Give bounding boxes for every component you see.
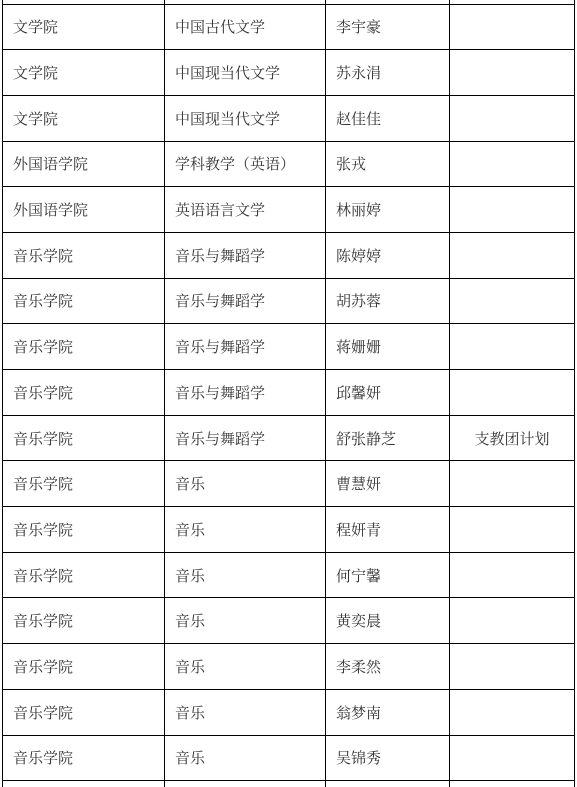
cell-college: 音乐学院 bbox=[3, 689, 165, 735]
cell-note bbox=[450, 735, 575, 781]
cell-college: 音乐学院 bbox=[3, 507, 165, 553]
cell-person-name: 李宇豪 bbox=[326, 4, 450, 50]
table-row: 文学院中国古代文学李宇豪 bbox=[3, 4, 575, 50]
cell-note bbox=[450, 50, 575, 96]
cell-note bbox=[450, 141, 575, 187]
cell-person-name: 黄奕晨 bbox=[326, 598, 450, 644]
cell-college: 音乐学院 bbox=[3, 552, 165, 598]
cell-person-name: 翁梦南 bbox=[326, 689, 450, 735]
cell-major: 学科教学（英语） bbox=[165, 141, 326, 187]
cell-note bbox=[450, 598, 575, 644]
table-row: 外国语学院英语语言文学林丽婷 bbox=[3, 187, 575, 233]
cell-major: 音乐 bbox=[165, 461, 326, 507]
cell-major: 中国古代文学 bbox=[165, 4, 326, 50]
cell-major: 音乐 bbox=[165, 552, 326, 598]
cell-college: 音乐学院 bbox=[3, 644, 165, 690]
cell-major: 音乐 bbox=[165, 507, 326, 553]
cell-major: 中国现当代文学 bbox=[165, 95, 326, 141]
cell-person-name bbox=[326, 781, 450, 787]
cell-person-name: 舒张静芝 bbox=[326, 415, 450, 461]
cell-person-name: 吴锦秀 bbox=[326, 735, 450, 781]
cell-note bbox=[450, 552, 575, 598]
table-row: 音乐学院音乐与舞蹈学陈婷婷 bbox=[3, 232, 575, 278]
cell-note bbox=[450, 324, 575, 370]
cell-note bbox=[450, 4, 575, 50]
cell-college: 音乐学院 bbox=[3, 232, 165, 278]
cell-major: 音乐 bbox=[165, 735, 326, 781]
cell-major: 音乐与舞蹈学 bbox=[165, 232, 326, 278]
table-row: 音乐学院音乐何宁馨 bbox=[3, 552, 575, 598]
cell-note bbox=[450, 689, 575, 735]
cell-person-name: 陈婷婷 bbox=[326, 232, 450, 278]
cell-college: 音乐学院 bbox=[3, 324, 165, 370]
cell-person-name: 何宁馨 bbox=[326, 552, 450, 598]
college-major-name-table: 文学院中国古代文学李宇豪文学院中国现当代文学苏永涓文学院中国现当代文学赵佳佳外国… bbox=[2, 0, 575, 787]
table-row: 音乐学院音乐与舞蹈学舒张静芝支教团计划 bbox=[3, 415, 575, 461]
page: 文学院中国古代文学李宇豪文学院中国现当代文学苏永涓文学院中国现当代文学赵佳佳外国… bbox=[0, 0, 577, 787]
table-row: 文学院中国现当代文学苏永涓 bbox=[3, 50, 575, 96]
cell-major: 音乐与舞蹈学 bbox=[165, 278, 326, 324]
cell-college: 音乐学院 bbox=[3, 370, 165, 416]
cell-college: 外国语学院 bbox=[3, 141, 165, 187]
table-row: 文学院中国现当代文学赵佳佳 bbox=[3, 95, 575, 141]
cell-person-name: 蒋姗姗 bbox=[326, 324, 450, 370]
cell-major: 音乐 bbox=[165, 689, 326, 735]
table-row: 音乐学院音乐与舞蹈学邱馨妍 bbox=[3, 370, 575, 416]
cell-major: 中国现当代文学 bbox=[165, 50, 326, 96]
cell-college bbox=[3, 781, 165, 787]
cell-college: 外国语学院 bbox=[3, 187, 165, 233]
cell-person-name: 曹慧妍 bbox=[326, 461, 450, 507]
table-row: 音乐学院音乐李柔然 bbox=[3, 644, 575, 690]
cell-major: 音乐 bbox=[165, 644, 326, 690]
cell-college: 音乐学院 bbox=[3, 598, 165, 644]
cell-college: 音乐学院 bbox=[3, 415, 165, 461]
table-row: 音乐学院音乐与舞蹈学胡苏蓉 bbox=[3, 278, 575, 324]
cell-person-name: 邱馨妍 bbox=[326, 370, 450, 416]
cell-college: 音乐学院 bbox=[3, 735, 165, 781]
table-row: 音乐学院音乐与舞蹈学蒋姗姗 bbox=[3, 324, 575, 370]
cell-note: 支教团计划 bbox=[450, 415, 575, 461]
cell-note bbox=[450, 781, 575, 787]
cell-college: 文学院 bbox=[3, 4, 165, 50]
partial-row-bottom bbox=[3, 781, 575, 787]
cell-college: 文学院 bbox=[3, 50, 165, 96]
cell-major: 音乐与舞蹈学 bbox=[165, 370, 326, 416]
cell-note bbox=[450, 278, 575, 324]
cell-person-name: 张戎 bbox=[326, 141, 450, 187]
cell-note bbox=[450, 187, 575, 233]
cell-person-name: 胡苏蓉 bbox=[326, 278, 450, 324]
cell-note bbox=[450, 95, 575, 141]
cell-note bbox=[450, 644, 575, 690]
cell-person-name: 林丽婷 bbox=[326, 187, 450, 233]
cell-note bbox=[450, 370, 575, 416]
cell-note bbox=[450, 232, 575, 278]
table-row: 音乐学院音乐黄奕晨 bbox=[3, 598, 575, 644]
cell-college: 音乐学院 bbox=[3, 278, 165, 324]
cell-person-name: 程妍青 bbox=[326, 507, 450, 553]
cell-person-name: 赵佳佳 bbox=[326, 95, 450, 141]
table-row: 音乐学院音乐吴锦秀 bbox=[3, 735, 575, 781]
cell-person-name: 苏永涓 bbox=[326, 50, 450, 96]
table-row: 外国语学院学科教学（英语）张戎 bbox=[3, 141, 575, 187]
cell-person-name: 李柔然 bbox=[326, 644, 450, 690]
table-row: 音乐学院音乐翁梦南 bbox=[3, 689, 575, 735]
cell-major: 音乐 bbox=[165, 598, 326, 644]
cell-note bbox=[450, 461, 575, 507]
cell-college: 音乐学院 bbox=[3, 461, 165, 507]
cell-major: 音乐与舞蹈学 bbox=[165, 324, 326, 370]
cell-note bbox=[450, 507, 575, 553]
cell-major: 音乐与舞蹈学 bbox=[165, 415, 326, 461]
cell-major: 英语语言文学 bbox=[165, 187, 326, 233]
table-row: 音乐学院音乐程妍青 bbox=[3, 507, 575, 553]
table-row: 音乐学院音乐曹慧妍 bbox=[3, 461, 575, 507]
cell-major bbox=[165, 781, 326, 787]
cell-college: 文学院 bbox=[3, 95, 165, 141]
